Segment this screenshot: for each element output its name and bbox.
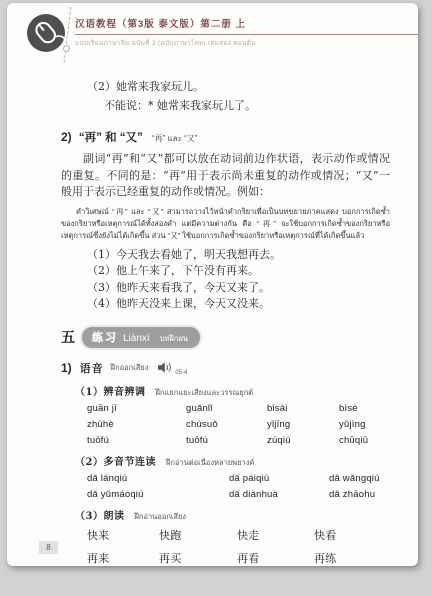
grammar-example-list: （1）今天我去看她了，明天我想再去。 （2）他上午来了，下午没有再来。 （3）他…: [61, 247, 390, 313]
pinyin-discrimination-grid: guān jī guǎnlǐ bǐsài bìsè zhùhè chùsuǒ y…: [87, 403, 390, 446]
exercise-item-label: （3）朗读 ฝึกอ่านออกเสียง: [75, 507, 390, 523]
word-item: 快走: [237, 527, 314, 543]
example-sentence: （1）今天我去看她了，明天我想再去。: [87, 247, 390, 264]
pinyin-item: guān jī: [87, 403, 186, 414]
read-aloud-grid: 快来 快跑 快走 快看 再来 再买 再看 再练: [87, 527, 390, 566]
section-title-badge: 练习 Liànxí บทฝึกฝน: [82, 327, 200, 348]
exercise-1-heading: 1) 语音 ฝึกออกเสียง 05-4: [61, 360, 390, 376]
book-title: 汉语教程（第3版 泰文版）第二册 上: [75, 16, 418, 30]
item-label-cn: （1）辨音辨调: [75, 387, 145, 398]
header-text: 汉语教程（第3版 泰文版）第二册 上 แบบเรียนภาษาจีน ฉบับท…: [75, 16, 418, 48]
computer-mouse-icon: [27, 14, 65, 52]
pinyin-item: chùsuǒ: [186, 419, 267, 430]
pinyin-item: dǎ páiqiú: [229, 473, 329, 484]
pinyin-item: dǎ diànhuà: [229, 489, 329, 500]
word-item: 快来: [87, 527, 159, 543]
pinyin-item: bìsè: [339, 403, 390, 414]
book-page: 汉语教程（第3版 泰文版）第二册 上 แบบเรียนภาษาจีน ฉบับท…: [7, 3, 418, 566]
grammar-point-number: 2): [61, 130, 72, 144]
pinyin-item: dǎ zhāohu: [329, 489, 390, 500]
exercise-title-thai: ฝึกออกเสียง: [111, 362, 149, 374]
pinyin-item: tuōfú: [87, 435, 186, 446]
pinyin-item: dǎ lánqiú: [87, 473, 229, 484]
pinyin-item: bǐsài: [267, 403, 339, 414]
word-item: 快看: [314, 527, 390, 543]
section-title-thai: บทฝึกฝน: [160, 333, 188, 345]
header-rule: [75, 34, 418, 35]
item-label-thai: ฝึกอ่านออกเสียง: [135, 512, 187, 521]
book-subtitle-thai: แบบเรียนภาษาจีน ฉบับที่ 3 (ฉบับภาษาไทย) …: [75, 38, 418, 48]
grammar-point-title: “再” 和 “又”: [79, 132, 143, 144]
page-content: （2）她常来我家玩儿。 不能说：* 她常来我家玩儿了。 2) “再” 和 “又”…: [7, 67, 418, 566]
page-number: 8: [39, 541, 58, 554]
example-sentence: （2）他上午来了，下午没有再来。: [87, 263, 390, 280]
thread-pin-icon: [63, 45, 70, 52]
pinyin-item: chūqiū: [339, 435, 390, 446]
grammar-point-title-thai: “再” และ “又”: [152, 134, 197, 143]
item-label-cn: （3）朗读: [75, 511, 124, 522]
page-header: 汉语教程（第3版 泰文版）第二册 上 แบบเรียนภาษาจีน ฉบับท…: [7, 3, 418, 67]
word-item: 再练: [314, 550, 390, 566]
exercise-title-cn: 语音: [80, 360, 104, 376]
pinyin-item: dǎ wǎngqiú: [329, 473, 390, 484]
grammar-explanation-thai: คำวิเศษณ์ “再” และ “又” สามารถวางไว้หน้าคำ…: [61, 206, 390, 242]
item-label-cn: （2）多音节连读: [75, 457, 156, 468]
word-item: 快跑: [159, 527, 237, 543]
word-item: 再看: [237, 550, 314, 566]
pinyin-item: yǔjìng: [339, 419, 390, 430]
section-title-pinyin: Liànxí: [123, 333, 150, 344]
grammar-example-sentence: （2）她常来我家玩儿。: [87, 79, 390, 95]
pinyin-item: yǐjīng: [267, 419, 339, 430]
pinyin-item: zúqiú: [267, 435, 339, 446]
example-sentence: （3）他昨天来看我了，今天又来了。: [87, 280, 390, 297]
speaker-icon: [158, 362, 173, 373]
audio-track-label: 05-4: [175, 370, 187, 376]
pinyin-item: dǎ yǔmáoqiú: [87, 489, 229, 500]
exercise-item-label: （2）多音节连读 ฝึกอ่านต่อเนื่องหลายพยางค์: [75, 453, 390, 469]
multisyllable-reading-grid: dǎ lánqiú dǎ páiqiú dǎ wǎngqiú dǎ yǔmáoq…: [87, 473, 390, 500]
pinyin-item: zhùhè: [87, 419, 186, 430]
pinyin-item: tuōfù: [186, 435, 267, 446]
pinyin-item: guǎnlǐ: [186, 403, 267, 414]
example-sentence: （4）他昨天没来上课，今天又没来。: [87, 296, 390, 313]
section-number: 五: [61, 327, 75, 347]
practice-section-heading: 五 练习 Liànxí บทฝึกฝน: [61, 327, 390, 348]
grammar-example-note: 不能说：* 她常来我家玩儿了。: [104, 98, 390, 114]
item-label-thai: ฝึกแยกแยะเสียงและวรรณยุกต์: [156, 388, 254, 397]
grammar-explanation-cn: 副词“再”和“又”都可以放在动词前边作状语，表示动作或情况的重复。不同的是：“再…: [61, 151, 390, 201]
word-item: 再买: [159, 550, 237, 566]
section-title-cn: 练习: [92, 329, 118, 345]
word-item: 再来: [87, 550, 159, 566]
item-label-thai: ฝึกอ่านต่อเนื่องหลายพยางค์: [166, 458, 254, 467]
exercise-number: 1): [61, 361, 72, 375]
exercise-item-label: （1）辨音辨调 ฝึกแยกแยะเสียงและวรรณยุกต์: [75, 383, 390, 399]
grammar-point-heading: 2) “再” 和 “又” “再” และ “又”: [61, 129, 390, 145]
